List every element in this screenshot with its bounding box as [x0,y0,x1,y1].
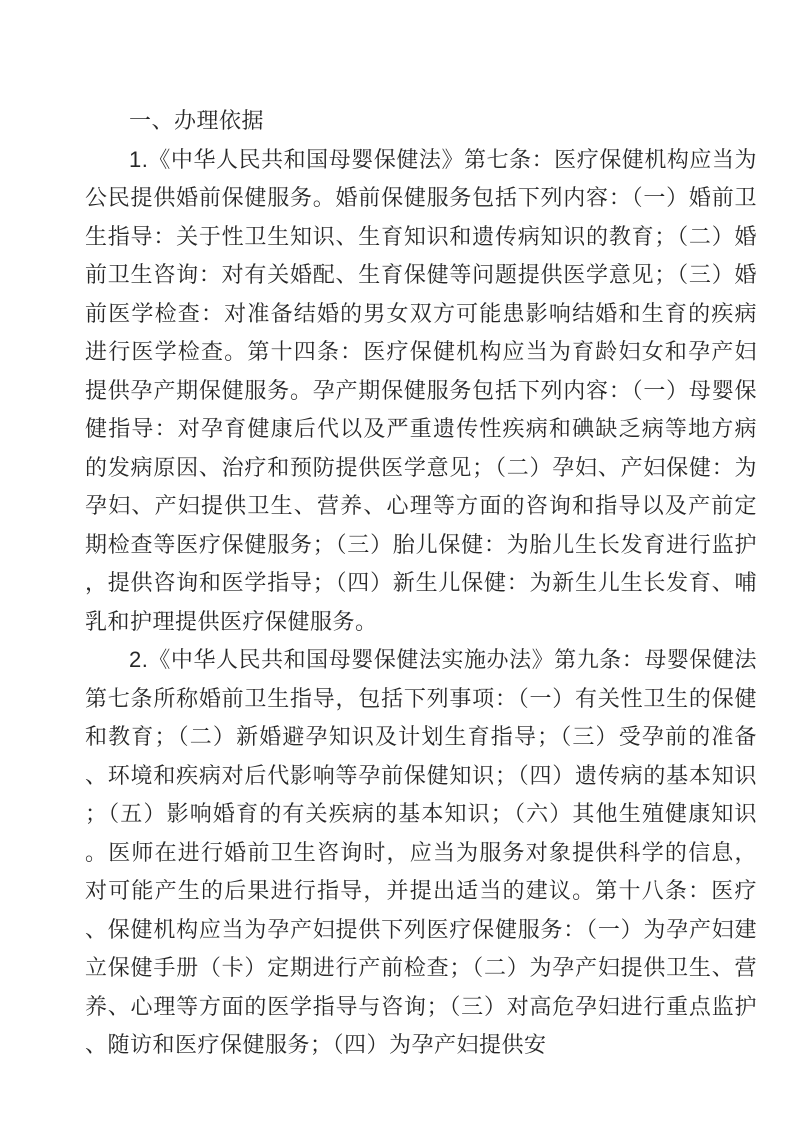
section-heading: 一、办理依据 [85,102,757,141]
paragraph-implementation-measures: 2.《中华人民共和国母婴保健法实施办法》第九条：母婴保健法第七条所称婚前卫生指导… [85,641,757,1065]
paragraph-law-article: 1.《中华人民共和国母婴保健法》第七条：医疗保健机构应当为公民提供婚前保健服务。… [85,141,757,642]
document-page: 一、办理依据 1.《中华人民共和国母婴保健法》第七条：医疗保健机构应当为公民提供… [0,0,793,1122]
document-body: 一、办理依据 1.《中华人民共和国母婴保健法》第七条：医疗保健机构应当为公民提供… [85,102,757,1065]
